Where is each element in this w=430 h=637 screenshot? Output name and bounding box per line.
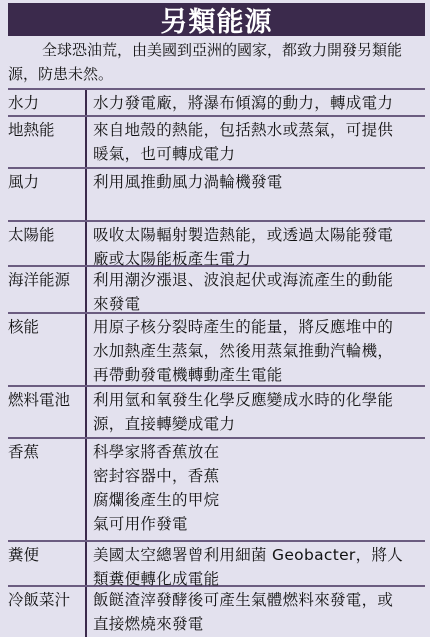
table-row: 風力利用風推動風力渦輪機發電 — [8, 169, 425, 222]
energy-table: 水力水力發電廠，將瀑布傾瀉的動力，轉成電力地熱能來自地殼的熱能，包括熱水或蒸氣，… — [8, 88, 425, 637]
table-row: 核能用原子核分裂時產生的能量，將反應堆中的水加熱產生蒸氣，然後用蒸氣推動汽輪機，… — [8, 314, 425, 387]
table-row: 地熱能來自地殼的熱能，包括熱水或蒸氣，可提供暖氣，也可轉成電力 — [8, 117, 425, 169]
energy-description: 來自地殼的熱能，包括熱水或蒸氣，可提供暖氣，也可轉成電力 — [85, 117, 425, 167]
description-line: 用原子核分裂時產生的能量，將反應堆中的 — [93, 315, 425, 339]
description-line: 利用風推動風力渦輪機發電 — [93, 170, 425, 194]
table-row: 海洋能源利用潮汐漲退、波浪起伏或海流產生的動能來發電 — [8, 267, 425, 314]
table-row: 燃料電池利用氫和氧發生化學反應變成水時的化學能源，直接轉變成電力 — [8, 387, 425, 439]
description-line: 美國太空總署曾利用細菌 Geobacter，將人 — [93, 543, 425, 567]
energy-description: 利用氫和氧發生化學反應變成水時的化學能源，直接轉變成電力 — [85, 387, 425, 437]
energy-description: 水力發電廠，將瀑布傾瀉的動力，轉成電力 — [85, 90, 425, 115]
energy-type-label: 糞便 — [8, 542, 85, 585]
energy-type-label: 燃料電池 — [8, 387, 85, 437]
description-line: 源，直接轉變成電力 — [93, 412, 425, 436]
description-line: 利用氫和氧發生化學反應變成水時的化學能 — [93, 388, 425, 412]
description-line: 腐爛後產生的甲烷 — [93, 488, 425, 512]
energy-type-label: 水力 — [8, 90, 85, 115]
description-line: 密封容器中，香蕉 — [93, 464, 425, 488]
table-row: 水力水力發電廠，將瀑布傾瀉的動力，轉成電力 — [8, 90, 425, 117]
description-line: 暖氣，也可轉成電力 — [93, 142, 425, 166]
energy-description: 用原子核分裂時產生的能量，將反應堆中的水加熱產生蒸氣，然後用蒸氣推動汽輪機，再帶… — [85, 314, 425, 385]
article-box: 另類能源 全球恐油荒，由美國到亞洲的國家，都致力開發另類能源，防患未然。 水力水… — [0, 0, 430, 637]
table-row: 太陽能吸收太陽輻射製造熱能，或透過太陽能發電廠或太陽能板產生電力 — [8, 222, 425, 267]
table-row: 糞便美國太空總署曾利用細菌 Geobacter，將人類糞便轉化成電能 — [8, 542, 425, 587]
energy-description: 美國太空總署曾利用細菌 Geobacter，將人類糞便轉化成電能 — [85, 542, 425, 585]
description-line: 水力發電廠，將瀑布傾瀉的動力，轉成電力 — [93, 91, 425, 115]
energy-type-label: 香蕉 — [8, 439, 85, 540]
energy-type-label: 冷飯菜汁 — [8, 587, 85, 637]
energy-type-label: 核能 — [8, 314, 85, 385]
description-line: 再帶動發電機轉動產生電能 — [93, 363, 425, 387]
description-line: 吸收太陽輻射製造熱能，或透過太陽能發電 — [93, 223, 425, 247]
energy-description: 吸收太陽輻射製造熱能，或透過太陽能發電廠或太陽能板產生電力 — [85, 222, 425, 265]
energy-type-label: 海洋能源 — [8, 267, 85, 312]
description-line: 來發電 — [93, 292, 425, 316]
table-row: 香蕉科學家將香蕉放在密封容器中，香蕉腐爛後產生的甲烷氣可用作發電 — [8, 439, 425, 542]
energy-type-label: 地熱能 — [8, 117, 85, 167]
energy-type-label: 風力 — [8, 169, 85, 220]
description-line: 氣可用作發電 — [93, 512, 425, 536]
description-line: 直接燃燒來發電 — [93, 612, 425, 636]
energy-description: 科學家將香蕉放在密封容器中，香蕉腐爛後產生的甲烷氣可用作發電 — [85, 439, 425, 540]
description-line: 水加熱產生蒸氣，然後用蒸氣推動汽輪機， — [93, 339, 425, 363]
description-line: 利用潮汐漲退、波浪起伏或海流產生的動能 — [93, 268, 425, 292]
intro-paragraph: 全球恐油荒，由美國到亞洲的國家，都致力開發另類能源，防患未然。 — [8, 38, 426, 86]
energy-description: 利用潮汐漲退、波浪起伏或海流產生的動能來發電 — [85, 267, 425, 312]
energy-description: 利用風推動風力渦輪機發電 — [85, 169, 425, 220]
title-bar: 另類能源 — [8, 3, 425, 36]
description-line: 飯餸渣滓發酵後可產生氣體燃料來發電，或 — [93, 588, 425, 612]
description-line: 來自地殼的熱能，包括熱水或蒸氣，可提供 — [93, 118, 425, 142]
table-row: 冷飯菜汁飯餸渣滓發酵後可產生氣體燃料來發電，或直接燃燒來發電 — [8, 587, 425, 637]
description-line: 科學家將香蕉放在 — [93, 440, 425, 464]
page-title: 另類能源 — [161, 0, 273, 39]
energy-type-label: 太陽能 — [8, 222, 85, 265]
energy-description: 飯餸渣滓發酵後可產生氣體燃料來發電，或直接燃燒來發電 — [85, 587, 425, 637]
